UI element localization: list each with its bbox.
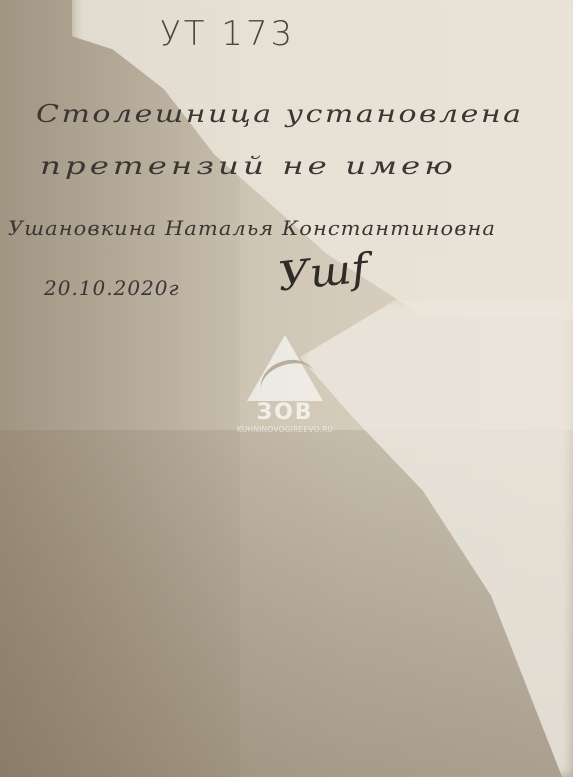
customer-name: Ушановкина Наталья Константиновна [8,216,496,240]
document-number: УТ 173 [160,14,295,54]
note-line-2: претензий не имею [40,152,457,180]
watermark: ЗОВ KUHNINOVOGIREEVO.RU [230,335,340,445]
signature: Ушf [276,245,370,300]
note-date: 20.10.2020г [44,276,180,300]
watermark-url: KUHNINOVOGIREEVO.RU [237,425,333,434]
watermark-logo-text: ЗОВ [256,401,313,425]
zov-logo-icon [247,335,323,401]
note-line-1: Столешница установлена [36,100,524,128]
logo-wave-icon [255,353,315,391]
